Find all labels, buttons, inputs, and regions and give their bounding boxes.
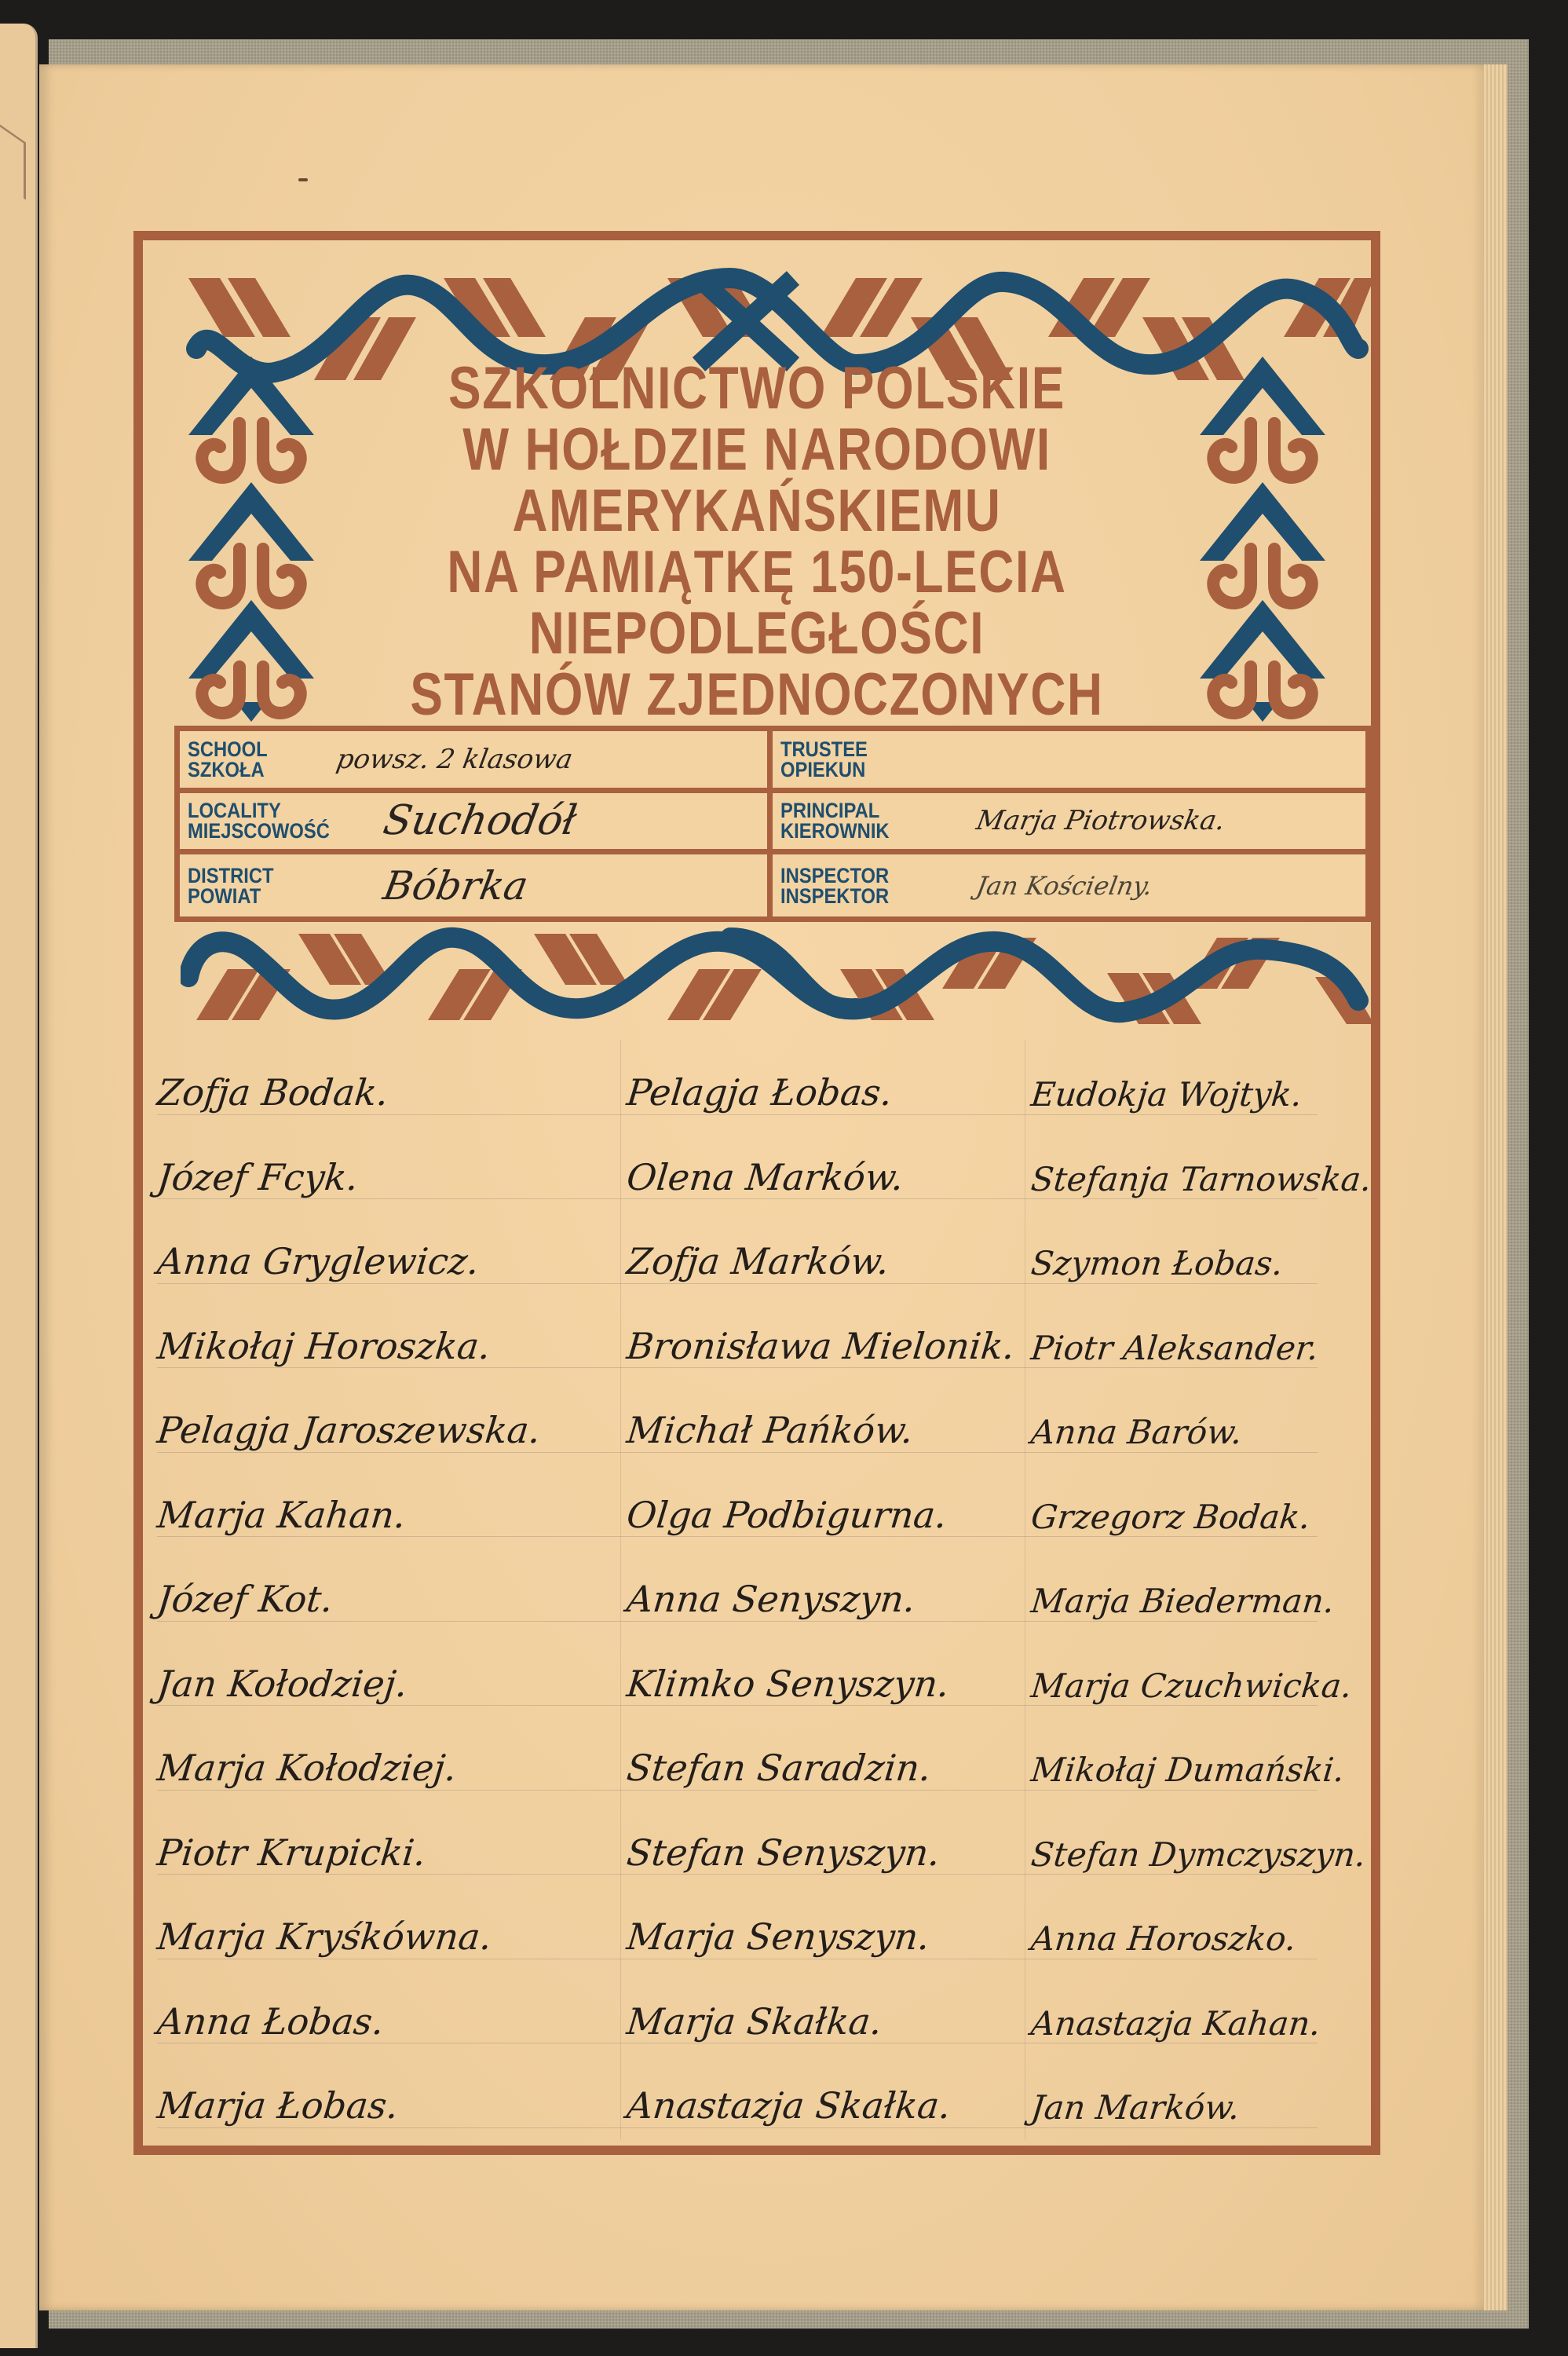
ornamental-frame: SZKOLNICTWO POLSKIE W HOŁDZIE NARODOWI A…	[133, 231, 1380, 2155]
school-label-en: SCHOOL	[188, 739, 346, 759]
title-line-3: AMERYKAŃSKIEMU	[407, 481, 1107, 542]
student-name: Anna Senyszyn.	[623, 1546, 1056, 1631]
column-divider	[620, 1040, 621, 2139]
student-name: Piotr Aleksander.	[1028, 1293, 1460, 1378]
page-stack-edge	[1484, 64, 1508, 2310]
student-name: Mikołaj Horoszka.	[154, 1293, 587, 1378]
title-line-1: SZKOLNICTWO POLSKIE	[407, 358, 1107, 419]
student-name: Anna Barów.	[1028, 1377, 1460, 1462]
student-name: Marja Biederman.	[1028, 1546, 1460, 1631]
student-name: Stefanja Tarnowska.	[1028, 1125, 1460, 1209]
student-name: Bronisława Mielonik.	[623, 1293, 1056, 1378]
district-field: DISTRICT POWIAT Bóbrka	[180, 854, 773, 916]
student-name: Marja Senyszyn.	[623, 1884, 1056, 1969]
principal-label-pl: KIEROWNIK	[780, 821, 939, 841]
principal-label-en: PRINCIPAL	[780, 800, 939, 821]
locality-label: LOCALITY MIEJSCOWOŚĆ	[188, 800, 346, 841]
school-value: powsz. 2 klasowa	[334, 744, 575, 775]
student-name: Marja Czuchwicka.	[1028, 1631, 1460, 1716]
principal-value: Marja Piotrowska.	[974, 805, 1227, 836]
school-info-table: SCHOOL SZKOŁA powsz. 2 klasowa TRUSTEE O…	[174, 726, 1371, 922]
student-name: Zofja Bodak.	[154, 1040, 587, 1125]
locality-label-en: LOCALITY	[188, 800, 346, 821]
student-name: Marja Skałka.	[623, 1969, 1056, 2054]
principal-label: PRINCIPAL KIEROWNIK	[780, 800, 939, 841]
district-value: Bóbrka	[380, 863, 532, 909]
side-ornament-left-icon	[181, 349, 322, 726]
ink-speck	[298, 178, 308, 181]
student-name: Olga Podbigurna.	[623, 1462, 1056, 1547]
title-line-4: NA PAMIĄTKĘ 150-LECIA	[407, 542, 1107, 603]
names-column-1: Zofja Bodak. Józef Fcyk. Anna Gryglewicz…	[159, 1040, 583, 2138]
student-name: Klimko Senyszyn.	[623, 1631, 1056, 1716]
student-name: Mikołaj Dumański.	[1028, 1715, 1460, 1800]
document-page: SZKOLNICTWO POLSKIE W HOŁDZIE NARODOWI A…	[39, 64, 1484, 2310]
title-line-6: STANÓW ZJEDNOCZONYCH	[407, 664, 1107, 726]
district-label-en: DISTRICT	[188, 865, 346, 886]
previous-page-edge	[0, 24, 38, 2348]
side-ornament-right-icon	[1192, 349, 1333, 726]
student-name: Anna Gryglewicz.	[154, 1209, 587, 1293]
locality-field: LOCALITY MIEJSCOWOŚĆ Suchodół	[180, 793, 773, 855]
trustee-field: TRUSTEE OPIEKUN	[773, 731, 1365, 793]
student-name: Stefan Senyszyn.	[623, 1800, 1056, 1885]
inspector-label-pl: INSPEKTOR	[780, 886, 939, 906]
student-name: Pelagja Łobas.	[623, 1040, 1056, 1125]
student-name: Jan Kołodziej.	[154, 1631, 587, 1716]
principal-field: PRINCIPAL KIEROWNIK Marja Piotrowska.	[773, 793, 1365, 855]
student-name: Jan Marków.	[1028, 2053, 1460, 2138]
student-name: Olena Marków.	[623, 1125, 1056, 1209]
document-title: SZKOLNICTWO POLSKIE W HOŁDZIE NARODOWI A…	[330, 358, 1184, 726]
student-name: Stefan Saradzin.	[623, 1715, 1056, 1800]
student-name: Józef Fcyk.	[154, 1125, 587, 1209]
school-label: SCHOOL SZKOŁA	[188, 739, 346, 780]
district-label: DISTRICT POWIAT	[188, 865, 346, 906]
school-field: SCHOOL SZKOŁA powsz. 2 klasowa	[180, 731, 773, 793]
student-name: Stefan Dymczyszyn.	[1028, 1800, 1460, 1885]
student-name: Grzegorz Bodak.	[1028, 1462, 1460, 1547]
student-name: Michał Pańków.	[623, 1377, 1056, 1462]
names-column-2: Pelagja Łobas. Olena Marków. Zofja Markó…	[628, 1040, 1052, 2138]
student-name: Marja Kryśkówna.	[154, 1884, 587, 1969]
title-line-5: NIEPODLEGŁOŚCI	[407, 603, 1107, 664]
trustee-label-en: TRUSTEE	[780, 739, 939, 759]
wave-ornament-bottom-icon	[181, 922, 1374, 1032]
student-name: Anna Łobas.	[154, 1969, 587, 2054]
inspector-label-en: INSPECTOR	[780, 865, 939, 886]
student-name: Anastazja Kahan.	[1028, 1969, 1460, 2054]
inspector-field: INSPECTOR INSPEKTOR Jan Kościelny.	[773, 854, 1365, 916]
trustee-label: TRUSTEE OPIEKUN	[780, 739, 939, 780]
student-name: Marja Łobas.	[154, 2053, 587, 2138]
locality-label-pl: MIEJSCOWOŚĆ	[188, 821, 346, 841]
student-name: Marja Kahan.	[154, 1462, 587, 1547]
district-label-pl: POWIAT	[188, 886, 346, 906]
names-column-3: Eudokja Wojtyk. Stefanja Tarnowska. Szym…	[1033, 1040, 1457, 2138]
student-names-list: Zofja Bodak. Józef Fcyk. Anna Gryglewicz…	[149, 1040, 1365, 2139]
student-name: Zofja Marków.	[623, 1209, 1056, 1293]
student-name: Eudokja Wojtyk.	[1028, 1040, 1460, 1125]
title-line-2: W HOŁDZIE NARODOWI	[407, 419, 1107, 481]
locality-value: Suchodół	[380, 797, 580, 844]
inspector-value: Jan Kościelny.	[974, 871, 1155, 901]
student-name: Marja Kołodziej.	[154, 1715, 587, 1800]
school-label-pl: SZKOŁA	[188, 759, 346, 780]
inspector-label: INSPECTOR INSPEKTOR	[780, 865, 939, 906]
student-name: Pelagja Jaroszewska.	[154, 1377, 587, 1462]
student-name: Szymon Łobas.	[1028, 1209, 1460, 1293]
student-name: Anna Horoszko.	[1028, 1884, 1460, 1969]
student-name: Anastazja Skałka.	[623, 2053, 1056, 2138]
trustee-label-pl: OPIEKUN	[780, 759, 939, 780]
student-name: Piotr Krupicki.	[154, 1800, 587, 1885]
student-name: Józef Kot.	[154, 1546, 587, 1631]
